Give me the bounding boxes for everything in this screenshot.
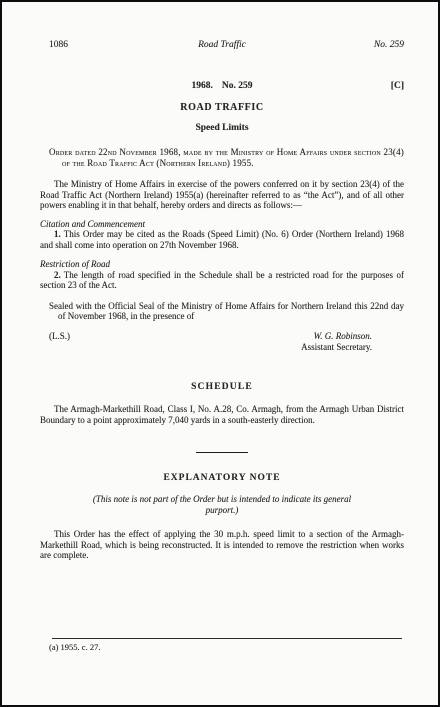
header-order-number: No. 259 bbox=[246, 40, 404, 51]
explanatory-note-paragraph: This Order has the effect of applying th… bbox=[40, 529, 404, 561]
title-line: 1968.No. 259 [C] bbox=[40, 81, 404, 92]
section-restriction: Restriction of Road 2.The length of road… bbox=[40, 259, 404, 291]
explanatory-note-heading: EXPLANATORY NOTE bbox=[40, 472, 404, 484]
signatory-title: Assistant Secretary. bbox=[301, 342, 372, 354]
section-body-text: The length of road specified in the Sche… bbox=[40, 270, 404, 291]
sealing-clause: Sealed with the Official Seal of the Min… bbox=[40, 301, 404, 322]
footnote: (a) 1955. c. 27. bbox=[40, 638, 404, 653]
running-title: Road Traffic bbox=[198, 40, 246, 51]
section-body-text: This Order may be cited as the Roads (Sp… bbox=[40, 229, 404, 250]
footnote-text: (a) 1955. c. 27. bbox=[40, 642, 404, 653]
section-citation: Citation and Commencement 1.This Order m… bbox=[40, 219, 404, 251]
footnote-rule bbox=[52, 638, 402, 639]
section-heading-citation: Citation and Commencement bbox=[40, 219, 404, 230]
signatory-name: W. G. Robinson. bbox=[301, 331, 372, 343]
order-recital: Order dated 22nd November 1968, made by … bbox=[40, 147, 404, 169]
section-text-restriction: 2.The length of road specified in the Sc… bbox=[40, 270, 404, 291]
signature-block: W. G. Robinson. Assistant Secretary. bbox=[301, 331, 372, 354]
title-number: No. 259 bbox=[222, 81, 253, 91]
section-number: 2. bbox=[54, 270, 61, 280]
explanatory-note-parenthetical: (This note is not part of the Order but … bbox=[88, 494, 356, 515]
document-page: 1086 Road Traffic No. 259 1968.No. 259 [… bbox=[0, 0, 440, 707]
schedule-heading: SCHEDULE bbox=[40, 382, 404, 394]
section-heading-restriction: Restriction of Road bbox=[40, 259, 404, 270]
schedule-paragraph: The Armagh-Markethill Road, Class I, No.… bbox=[40, 404, 404, 425]
title-year: 1968. bbox=[192, 81, 213, 91]
page-number: 1086 bbox=[40, 40, 198, 51]
section-text-citation: 1.This Order may be cited as the Roads (… bbox=[40, 229, 404, 250]
classification-mark: [C] bbox=[391, 81, 404, 92]
section-divider bbox=[196, 452, 248, 453]
seal-mark: (L.S.) bbox=[40, 331, 70, 342]
running-header: 1086 Road Traffic No. 259 bbox=[40, 40, 404, 51]
signature-row: (L.S.) W. G. Robinson. Assistant Secreta… bbox=[40, 331, 404, 354]
main-title: ROAD TRAFFIC bbox=[40, 102, 404, 114]
subtitle: Speed Limits bbox=[40, 123, 404, 134]
preamble-paragraph: The Ministry of Home Affairs in exercise… bbox=[40, 179, 404, 211]
section-number: 1. bbox=[54, 229, 61, 239]
